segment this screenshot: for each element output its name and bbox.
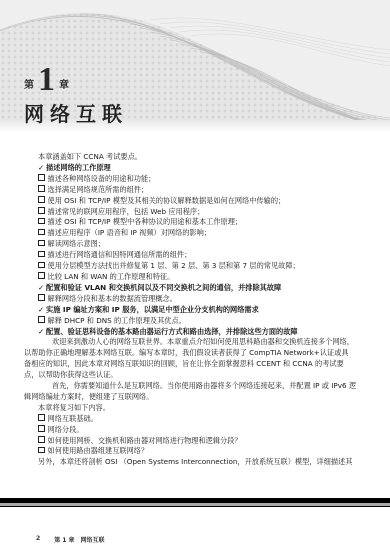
page-footer: 2 第 1 章 网络互联 (36, 535, 105, 544)
review-item-text: 网络互联基础。 (48, 414, 98, 423)
checkbox-bullet-icon (38, 436, 45, 443)
checkbox-bullet-icon (38, 414, 45, 421)
objective-item: 使用分层模型方法找出并修复第 1 层、第 2 层、第 3 层和第 7 层的常见故… (38, 261, 360, 272)
checkmark-icon: ✓ (38, 163, 44, 172)
chapter-number: 1 (38, 66, 55, 93)
checkmark-icon: ✓ (38, 283, 44, 292)
chapter-title: 网络互联 (24, 98, 128, 127)
objective-text: 解读网络示意图； (48, 239, 106, 248)
review-item: 网络互联基础。 (38, 414, 360, 425)
closing-line: 另外，本章还将剖析 OSI （Open Systems Interconnect… (38, 457, 360, 468)
objective-heading: ✓描述网络的工作原理 (38, 163, 360, 174)
paragraph-line: 备相应的知识，因此本章对网络互联知识的回顾，旨在让你全面掌握思科 CCENT 和… (24, 359, 360, 370)
checkbox-bullet-icon (38, 196, 45, 203)
paragraph-line: 点，以帮助你获得这些认证。 (24, 370, 360, 381)
objectives-list: ✓描述网络的工作原理描述各种网络设备的用途和功能；选择满足网络规范所需的组件；使… (38, 163, 360, 338)
objective-text: 比较 LAN 和 WAN 的工作原理和特征。 (48, 272, 175, 281)
objective-text: 实施 IP 编址方案和 IP 服务，以满足中型企业分支机构的网络需求 (46, 305, 259, 314)
objective-text: 解释 DHCP 和 DNS 的工作原理及其优点。 (48, 316, 186, 325)
objective-item: 选择满足网络规范所需的组件； (38, 185, 360, 196)
checkbox-bullet-icon (38, 272, 45, 279)
intro-paragraphs: 欢迎来到激动人心的网络互联世界。本章重点介绍如何使用思科路由器和交换机连接多个网… (38, 337, 360, 402)
review-intro: 本章将复习如下内容。 (38, 403, 360, 414)
review-item-text: 如何使用路由器组建互联网络？ (48, 446, 149, 455)
objective-item: 解释网络分段和基本的数据流管理概念。 (38, 294, 360, 305)
objective-item: 比较 LAN 和 WAN 的工作原理和特征。 (38, 272, 360, 283)
objectives-intro: 本章涵盖如下 CCNA 考试要点。 (38, 152, 360, 163)
objective-text: 配置和验证 VLAN 和交换机间以及不同交换机之间的通信，并排除其故障 (46, 283, 281, 292)
chapter-body: 本章涵盖如下 CCNA 考试要点。 ✓描述网络的工作原理描述各种网络设备的用途和… (38, 152, 360, 468)
review-item-text: 如何使用网桥、交换机和路由器对网络进行物理和逻辑分段？ (48, 436, 242, 445)
checkbox-bullet-icon (38, 447, 45, 454)
objective-text: 解释网络分段和基本的数据流管理概念。 (48, 294, 177, 303)
objective-item: 描述各种网络设备的用途和功能； (38, 174, 360, 185)
objective-item: 解读网络示意图； (38, 239, 360, 250)
review-item: 网络分段。 (38, 425, 360, 436)
checkbox-bullet-icon (38, 218, 45, 225)
chapter-suffix: 章 (59, 81, 69, 93)
objective-heading: ✓配置、验证思科设备的基本路由器运行方式和路由选择，并排除这些方面的故障 (38, 327, 360, 338)
checkbox-bullet-icon (38, 240, 45, 247)
running-title: 第 1 章 网络互联 (54, 535, 104, 544)
objective-item: 描述应用程序（IP 语音和 IP 视频）对网络的影响； (38, 228, 360, 239)
paragraph-line: 辑网络编址方案时，便组建了互联网络。 (24, 392, 360, 403)
checkbox-bullet-icon (38, 174, 45, 181)
paragraph-line: 首先，你需要知道什么是互联网络。当你使用路由器将多个网络连接起来，并配置 IP … (38, 381, 360, 392)
checkbox-bullet-icon (38, 294, 45, 301)
chapter-prefix: 第 (24, 81, 34, 93)
objective-heading: ✓实施 IP 编址方案和 IP 服务，以满足中型企业分支机构的网络需求 (38, 305, 360, 316)
objective-item: 解释 DHCP 和 DNS 的工作原理及其优点。 (38, 316, 360, 327)
checkbox-bullet-icon (38, 316, 45, 323)
review-item: 如何使用网桥、交换机和路由器对网络进行物理和逻辑分段？ (38, 436, 360, 447)
checkmark-icon: ✓ (38, 327, 44, 336)
chapter-number-label: 第 1 章 (24, 66, 69, 93)
checkbox-bullet-icon (38, 207, 45, 214)
paragraph-line: 欢迎来到激动人心的网络互联世界。本章重点介绍如何使用思科路由器和交换机连接多个网… (38, 337, 360, 348)
objective-heading: ✓配置和验证 VLAN 和交换机间以及不同交换机之间的通信，并排除其故障 (38, 283, 360, 294)
objective-item: 描述进行网络通信和因特网通信所需的组件； (38, 250, 360, 261)
checkmark-icon: ✓ (38, 305, 44, 314)
objective-text: 描述网络的工作原理 (46, 163, 111, 172)
objective-text: 描述进行网络通信和因特网通信所需的组件； (48, 250, 192, 259)
objective-text: 描述常见的联网应用程序，包括 Web 应用程序； (48, 207, 205, 216)
objective-text: 描述各种网络设备的用途和功能； (48, 174, 156, 183)
checkbox-bullet-icon (38, 262, 45, 269)
checkbox-bullet-icon (38, 185, 45, 192)
review-list: 网络互联基础。网络分段。如何使用网桥、交换机和路由器对网络进行物理和逻辑分段？如… (38, 414, 360, 458)
objective-text: 描述应用程序（IP 语音和 IP 视频）对网络的影响； (48, 228, 212, 237)
review-item-text: 网络分段。 (48, 425, 84, 434)
paragraph-line: 以帮助你正确地理解基本网络互联。编写本章时，我们假设读者获得了 CompTIA … (24, 348, 360, 359)
footer-rule-thin (0, 506, 390, 507)
objective-item: 描述常见的联网应用程序，包括 Web 应用程序； (38, 207, 360, 218)
objective-text: 配置、验证思科设备的基本路由器运行方式和路由选择，并排除这些方面的故障 (46, 327, 298, 336)
page-number: 2 (36, 535, 40, 544)
objective-text: 使用分层模型方法找出并修复第 1 层、第 2 层、第 3 层和第 7 层的常见故… (48, 261, 300, 270)
objective-text: 使用 OSI 和 TCP/IP 模型及其相关的协议解释数据是如何在网络中传输的； (48, 196, 286, 205)
objective-text: 选择满足网络规范所需的组件； (48, 185, 149, 194)
checkbox-bullet-icon (38, 425, 45, 432)
objective-item: 描述 OSI 和 TCP/IP 模型中各种协议的用途和基本工作原理； (38, 217, 360, 228)
review-item: 如何使用路由器组建互联网络？ (38, 446, 360, 457)
checkbox-bullet-icon (38, 229, 45, 236)
objective-text: 描述 OSI 和 TCP/IP 模型中各种协议的用途和基本工作原理； (48, 217, 243, 226)
objective-item: 使用 OSI 和 TCP/IP 模型及其相关的协议解释数据是如何在网络中传输的； (38, 196, 360, 207)
checkbox-bullet-icon (38, 251, 45, 258)
